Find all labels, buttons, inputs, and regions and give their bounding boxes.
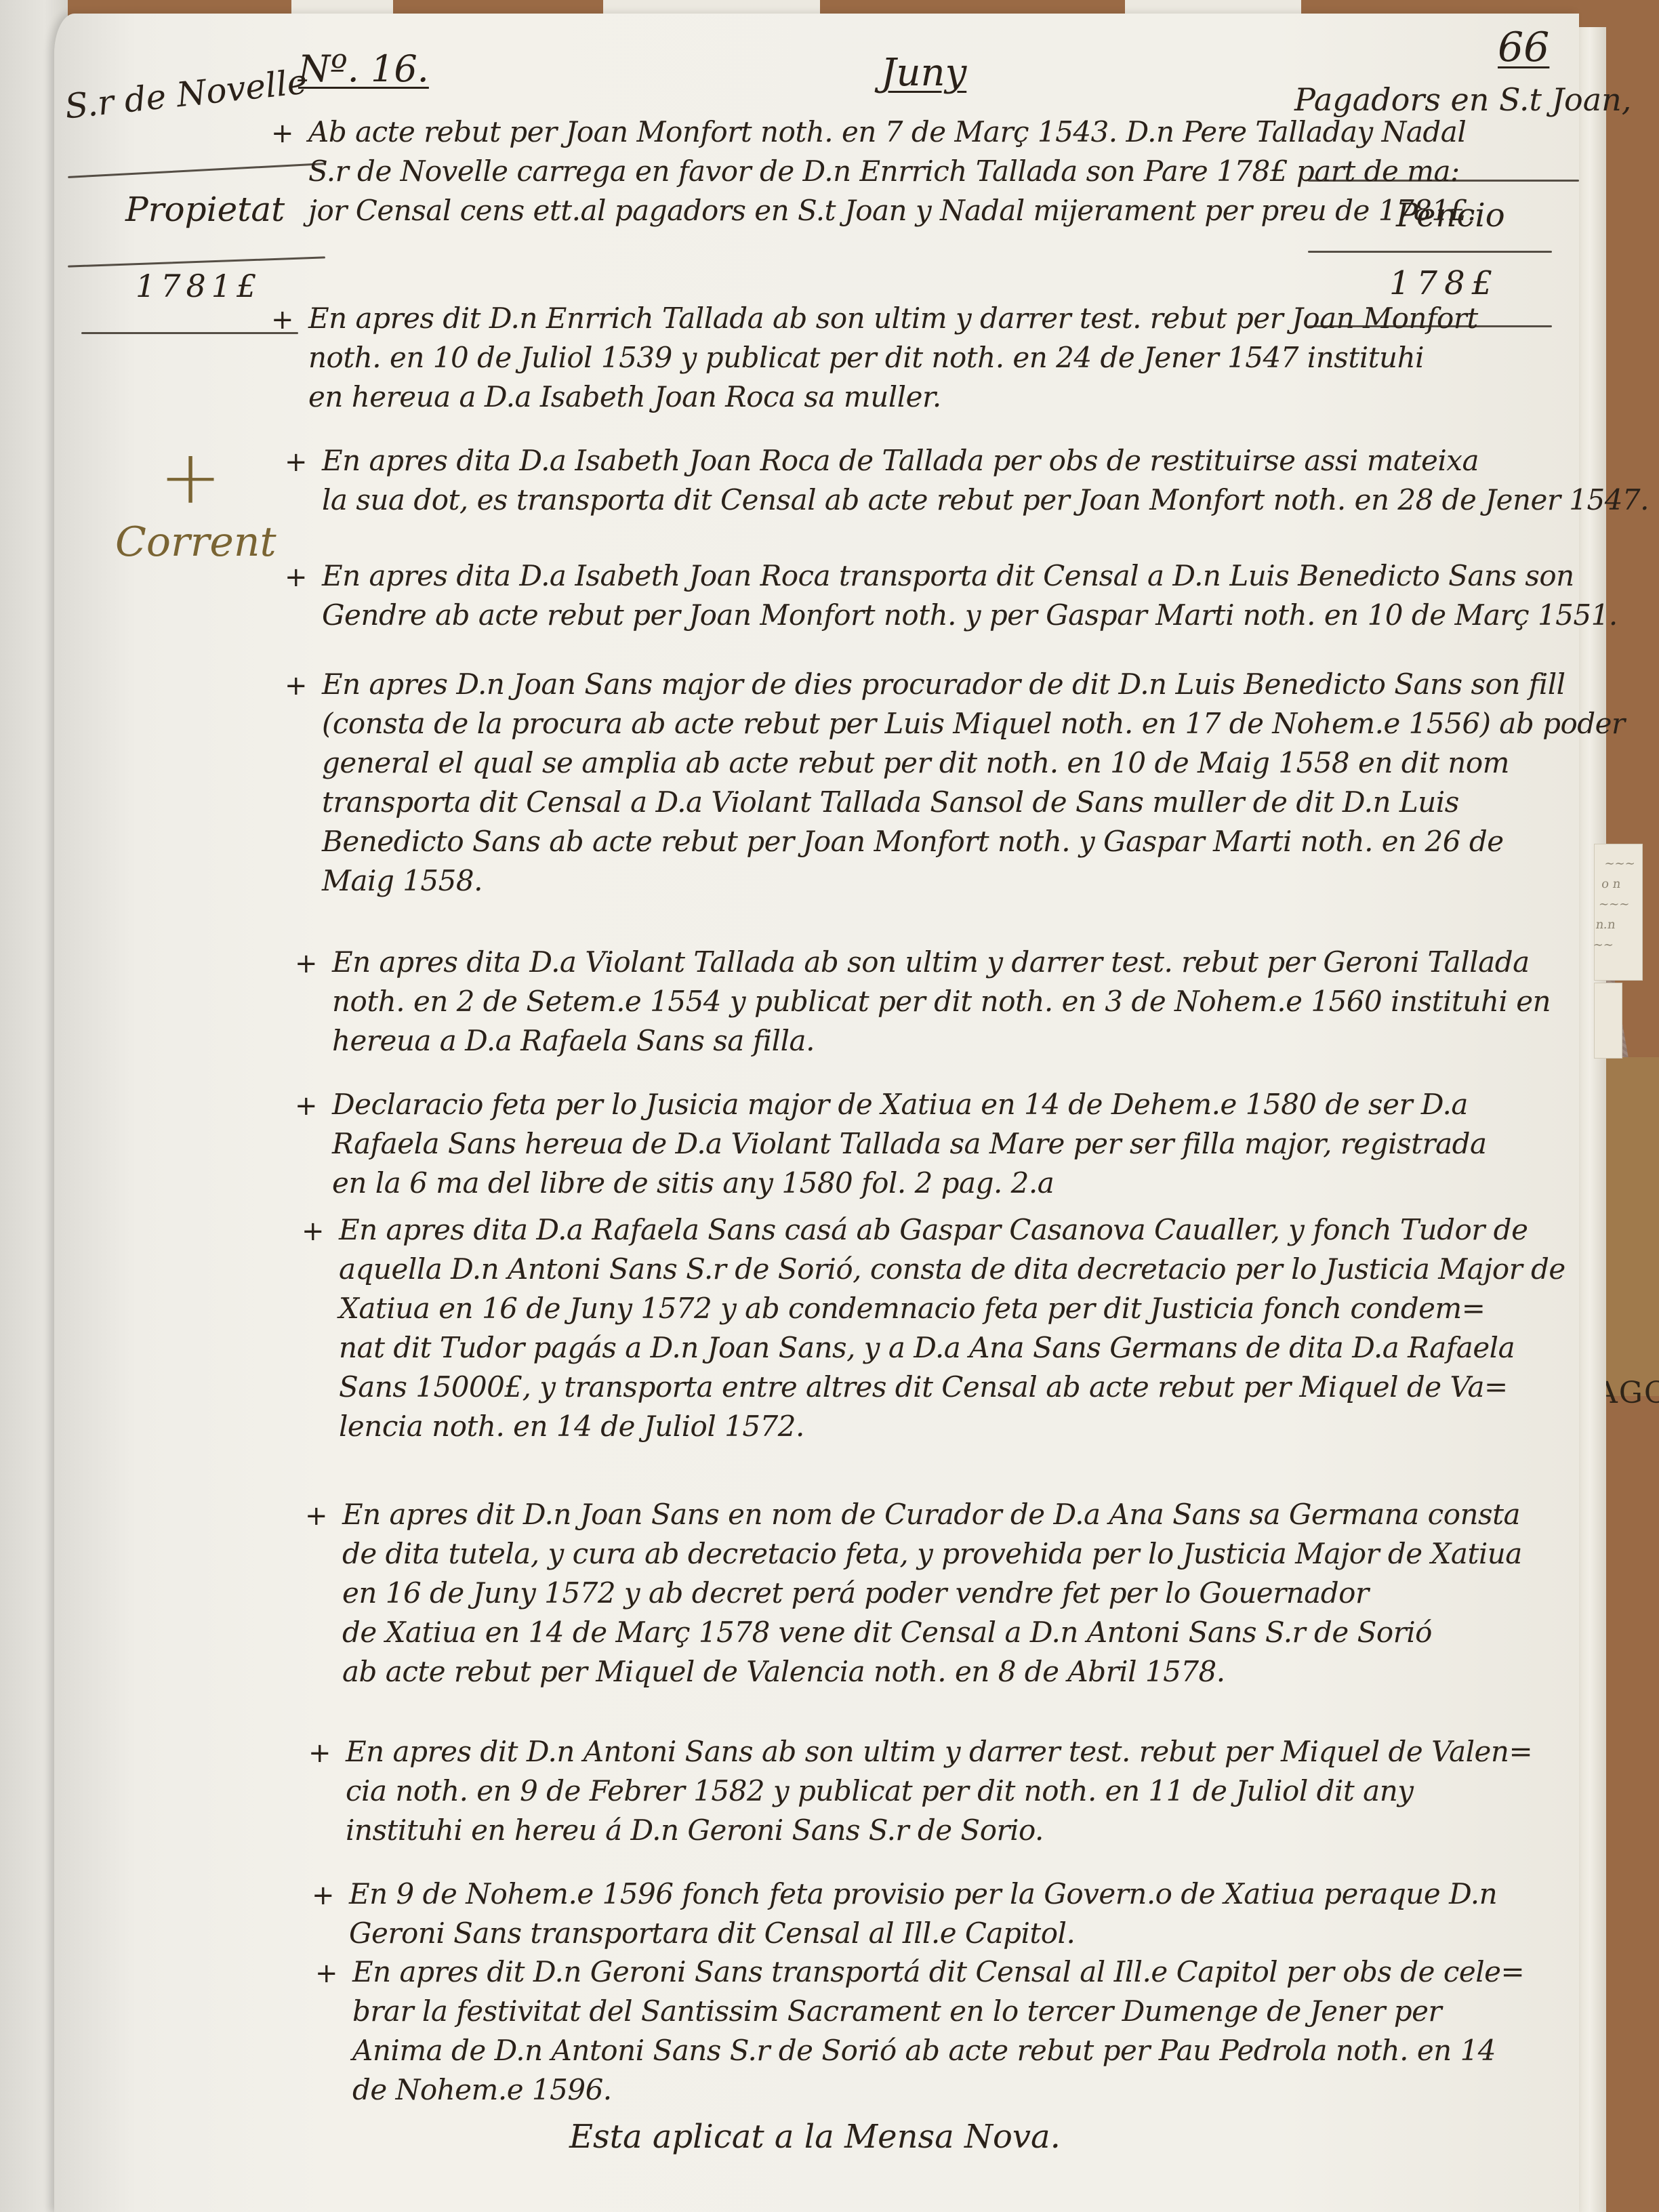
entry-line: en 16 de Juny 1572 y ab decret perá pode…	[342, 1576, 1369, 1610]
entry-cross-mark: +	[285, 447, 308, 478]
entry-line: Gendre ab acte rebut per Joan Monfort no…	[322, 598, 1618, 632]
entry-line: Geroni Sans transportara dit Censal al I…	[349, 1917, 1075, 1950]
entry-cross-mark: +	[315, 1958, 338, 1989]
entry-line: En 9 de Nohem.e 1596 fonch feta provisio…	[349, 1877, 1497, 1910]
entry-line: ab acte rebut per Miquel de Valencia not…	[342, 1655, 1225, 1688]
entry-line: en hereua a D.a Isabeth Joan Roca sa mul…	[308, 380, 941, 413]
entry-cross-mark: +	[295, 948, 318, 979]
entry-cross-mark: +	[295, 1090, 318, 1122]
entry-line: En apres dita D.a Isabeth Joan Roca de T…	[322, 444, 1479, 477]
entry-line: Benedicto Sans ab acte rebut per Joan Mo…	[322, 825, 1504, 858]
entry-line: de dita tutela, y cura ab decretacio fet…	[342, 1537, 1522, 1570]
entry-line: En apres dita D.a Rafaela Sans casá ab G…	[339, 1213, 1528, 1246]
entry-line: Rafaela Sans hereua de D.a Violant Talla…	[332, 1127, 1487, 1160]
status-current: Corrent	[115, 518, 276, 566]
property-label: Propietat	[125, 190, 285, 229]
entry-line: en la 6 ma del libre de sitis any 1580 f…	[332, 1166, 1054, 1200]
entry-line: de Xatiua en 14 de Març 1578 vene dit Ce…	[342, 1616, 1432, 1649]
entry-line: lencia noth. en 14 de Juliol 1572.	[339, 1410, 804, 1443]
entry-cross-mark: +	[308, 1738, 331, 1769]
attached-slip	[1594, 983, 1622, 1059]
entry-cross-mark: +	[305, 1500, 328, 1532]
rule-line	[1308, 251, 1552, 253]
pension-amount: 178£	[1389, 264, 1499, 302]
entry-line: Maig 1558.	[322, 864, 483, 897]
rule-line	[81, 332, 298, 334]
attached-slip: ~~~o n~~~n.n~~	[1594, 844, 1643, 981]
entry-line: En apres dita D.a Violant Tallada ab son…	[332, 945, 1530, 979]
entry-line: noth. en 10 de Juliol 1539 y publicat pe…	[308, 341, 1424, 374]
entry-line: En apres dit D.n Antoni Sans ab son ulti…	[346, 1735, 1532, 1768]
month-heading: Juny	[881, 51, 966, 95]
entry-line: En apres dit D.n Enrrich Tallada ab son …	[308, 302, 1478, 335]
entry-number: Nº. 16.	[298, 47, 429, 90]
entry-cross-mark: +	[302, 1216, 325, 1247]
payee-heading: Pagadors en S.t Joan,	[1294, 81, 1631, 118]
entry-line: En apres D.n Joan Sans major de dies pro…	[322, 668, 1565, 701]
entry-line: nat dit Tudor pagás a D.n Joan Sans, y a…	[339, 1331, 1515, 1364]
entry-line: brar la festivitat del Santissim Sacrame…	[352, 1994, 1441, 2028]
entry-line: de Nohem.e 1596.	[352, 2073, 612, 2106]
entry-line: En apres dit D.n Geroni Sans transportá …	[352, 1955, 1524, 1988]
entry-line: aquella D.n Antoni Sans S.r de Sorió, co…	[339, 1252, 1565, 1286]
page-stack-edge	[1579, 27, 1606, 2212]
entry-line: Ab acte rebut per Joan Monfort noth. en …	[308, 115, 1466, 148]
entry-line: En apres dit D.n Joan Sans en nom de Cur…	[342, 1498, 1520, 1531]
entry-line: transporta dit Censal a D.a Violant Tall…	[322, 785, 1459, 819]
entry-cross-mark: +	[271, 304, 294, 335]
entry-line: En apres dita D.a Isabeth Joan Roca tran…	[322, 559, 1574, 592]
entry-line: (consta de la procura ab acte rebut per …	[322, 707, 1625, 740]
entry-cross-mark: +	[271, 118, 294, 149]
entry-line: Anima de D.n Antoni Sans S.r de Sorió ab…	[352, 2034, 1496, 2067]
attached-slip-text: ~~~o n~~~n.n~~	[1586, 844, 1650, 965]
entry-line: S.r de Novelle carrega en favor de D.n E…	[308, 155, 1460, 188]
entry-line: Declaracio feta per lo Jusicia major de …	[332, 1088, 1468, 1121]
entry-line: hereua a D.a Rafaela Sans sa filla.	[332, 1024, 815, 1057]
entry-line: la sua dot, es transporta dit Censal ab …	[322, 483, 1649, 516]
entry-line: jor Censal cens ett.al pagadors en S.t J…	[308, 194, 1476, 227]
closing-note: Esta aplicat a la Mensa Nova.	[569, 2118, 1061, 2156]
entry-line: general el qual se amplia ab acte rebut …	[322, 746, 1509, 779]
cross-icon: +	[159, 434, 222, 520]
entry-line: cia noth. en 9 de Febrer 1582 y publicat…	[346, 1774, 1413, 1807]
entry-cross-mark: +	[312, 1880, 335, 1911]
entry-line: Xatiua en 16 de Juny 1572 y ab condemnac…	[339, 1292, 1485, 1325]
folio-number: 66	[1498, 24, 1549, 71]
property-amount: 1781£	[136, 268, 262, 304]
entry-line: instituhi en hereu á D.n Geroni Sans S.r…	[346, 1814, 1044, 1847]
entry-cross-mark: +	[285, 670, 308, 701]
entry-line: Sans 15000£, y transporta entre altres d…	[339, 1370, 1508, 1404]
entry-line: noth. en 2 de Setem.e 1554 y publicat pe…	[332, 985, 1551, 1018]
entry-cross-mark: +	[285, 562, 308, 593]
